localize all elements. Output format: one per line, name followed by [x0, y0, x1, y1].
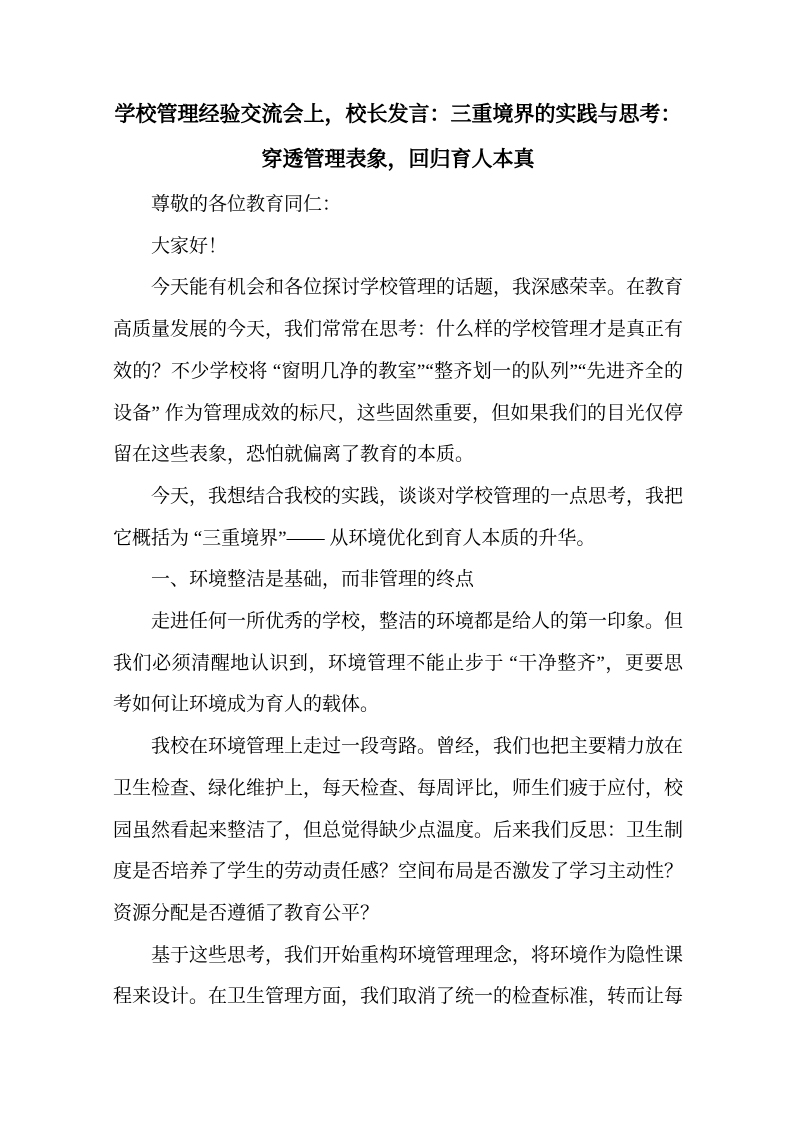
body-paragraph-reflection: 我校在环境管理上走过一段弯路。曾经，我们也把主要精力放在卫生检查、绿化维护上，每… — [113, 726, 683, 935]
greeting-paragraph: 大家好！ — [113, 226, 683, 268]
document-title: 学校管理经验交流会上，校长发言：三重境界的实践与思考： 穿透管理表象，回归育人本… — [113, 92, 683, 182]
body-paragraph-intro: 今天能有机会和各位探讨学校管理的话题，我深感荣幸。在教育高质量发展的今天，我们常… — [113, 267, 683, 476]
document-title-line-2: 穿透管理表象，回归育人本真 — [113, 137, 683, 182]
salutation-paragraph: 尊敬的各位教育同仁： — [113, 184, 683, 226]
document-title-line-1: 学校管理经验交流会上，校长发言：三重境界的实践与思考： — [113, 92, 683, 137]
body-paragraph-thesis: 今天，我想结合我校的实践，谈谈对学校管理的一点思考，我把它概括为 “三重境界”—… — [113, 476, 683, 559]
document-page: 学校管理经验交流会上，校长发言：三重境界的实践与思考： 穿透管理表象，回归育人本… — [0, 0, 793, 1122]
body-paragraph-redesign: 基于这些思考，我们开始重构环境管理理念，将环境作为隐性课程来设计。在卫生管理方面… — [113, 935, 683, 1018]
body-paragraph-environment: 走进任何一所优秀的学校，整洁的环境都是给人的第一印象。但我们必须清醒地认识到，环… — [113, 601, 683, 726]
section-heading-1: 一、环境整洁是基础，而非管理的终点 — [113, 559, 683, 601]
